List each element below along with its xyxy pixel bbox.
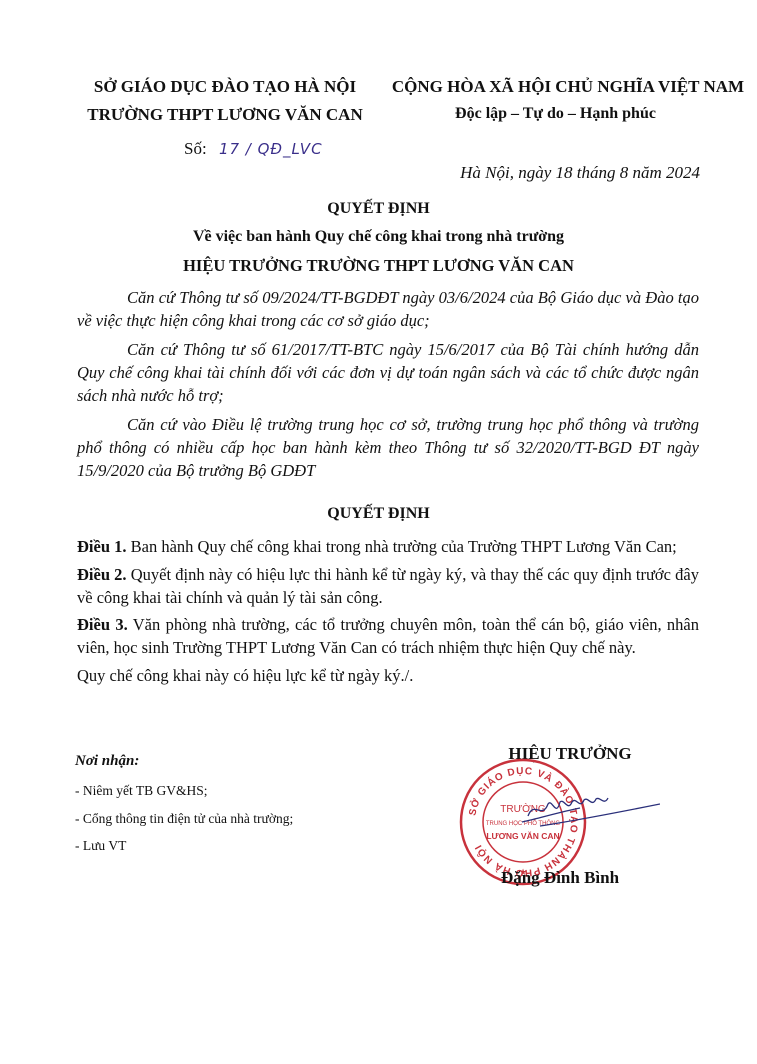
legal-basis-2: Căn cứ Thông tư số 61/2017/TT-BTC ngày 1…: [77, 338, 699, 407]
svg-text:LƯƠNG VĂN CAN: LƯƠNG VĂN CAN: [486, 831, 559, 841]
article-1-label: Điều 1.: [77, 537, 127, 556]
document-number: Số: 17 / QĐ_LVC: [184, 139, 323, 159]
article-1: Điều 1. Ban hành Quy chế công khai trong…: [77, 535, 699, 558]
article-3-label: Điều 3.: [77, 615, 128, 634]
decision-heading: QUYẾT ĐỊNH: [0, 505, 757, 523]
article-2: Điều 2. Quyết định này có hiệu lực thi h…: [77, 563, 699, 609]
recipient-item: - Lưu VT: [75, 838, 126, 854]
article-2-text: Quyết định này có hiệu lực thi hành kể t…: [77, 565, 699, 607]
recipients-title: Nơi nhận:: [75, 753, 139, 770]
document-subject: Về việc ban hành Quy chế công khai trong…: [0, 228, 757, 246]
recipient-item: - Cổng thông tin điện tử của nhà trường;: [75, 811, 293, 827]
article-3-text: Văn phòng nhà trường, các tổ trưởng chuy…: [77, 615, 699, 657]
article-2-label: Điều 2.: [77, 565, 127, 584]
legal-basis-3: Căn cứ vào Điều lệ trường trung học cơ s…: [77, 413, 699, 482]
legal-basis-1: Căn cứ Thông tư số 09/2024/TT-BGDĐT ngày…: [77, 286, 699, 332]
article-3: Điều 3. Văn phòng nhà trường, các tổ trư…: [77, 613, 699, 659]
department-name: SỞ GIÁO DỤC ĐÀO TẠO HÀ NỘI: [60, 77, 390, 97]
handwritten-signature-icon: [520, 790, 660, 830]
recipient-item: - Niêm yết TB GV&HS;: [75, 783, 208, 799]
nation-title: CỘNG HÒA XÃ HỘI CHỦ NGHĨA VIỆT NAM: [368, 77, 757, 97]
issuing-authority: HIỆU TRƯỞNG TRƯỜNG THPT LƯƠNG VĂN CAN: [0, 256, 757, 276]
document-title: QUYẾT ĐỊNH: [0, 200, 757, 218]
article-1-text: Ban hành Quy chế công khai trong nhà trư…: [127, 537, 677, 556]
document-number-value: 17 / QĐ_LVC: [219, 140, 323, 158]
school-name: TRƯỜNG THPT LƯƠNG VĂN CAN: [60, 105, 390, 125]
national-motto: Độc lập – Tự do – Hạnh phúc: [368, 105, 743, 123]
signer-name: Đặng Đình Bình: [470, 868, 650, 888]
document-number-label: Số:: [184, 139, 207, 158]
closing-statement: Quy chế công khai này có hiệu lực kể từ …: [77, 664, 699, 687]
issue-date: Hà Nội, ngày 18 tháng 8 năm 2024: [440, 163, 700, 183]
